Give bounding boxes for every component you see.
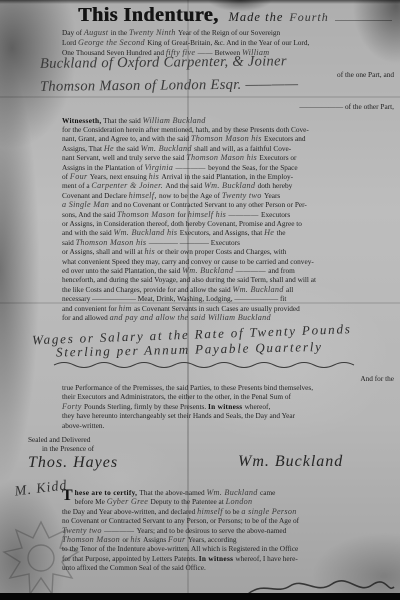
printed-text: Executors: [261, 210, 290, 219]
handwritten-text: Wm. Buckland ————: [182, 266, 268, 275]
photo-bottom-border: [0, 593, 400, 600]
printed-text: Covenant and Declare: [62, 191, 129, 200]
document-line: before Me Gyber Gree Deputy to the Paten…: [62, 497, 394, 506]
document-line: Covenant and Declare himself, now to be …: [62, 191, 394, 200]
printed-text: Year of the Reign of our Sovereign: [178, 28, 280, 37]
printed-text: That the said: [101, 116, 142, 125]
printed-text: And for the: [360, 374, 394, 383]
document-line: And for the: [62, 374, 394, 383]
document-line: or Assigns, in Consideration thereof, do…: [62, 219, 394, 228]
printed-text: true Performance of the Premisses, the s…: [62, 383, 313, 392]
printed-text: for and allowed: [62, 313, 110, 322]
document-line: ment of a Carpenter & Joiner. And the sa…: [62, 181, 394, 190]
handwritten-text: He: [264, 228, 276, 237]
printed-text: Years: [264, 191, 280, 200]
document-line: unto affixed the Common Seal of the said…: [62, 563, 394, 572]
covenant-section: Witnesseth, That the said William Buckla…: [62, 116, 394, 323]
printed-text: ———— ———— Executors: [149, 238, 240, 247]
printed-text: Years, according: [188, 535, 237, 544]
document-line: for the Consideration herein after menti…: [62, 125, 394, 134]
printed-text: no Covenant or Contracted Servant to any…: [62, 516, 299, 525]
printed-text: they have hereunto interchangeably set t…: [62, 411, 295, 420]
printed-text: as Covenant Servants in such Cases are u…: [134, 304, 300, 313]
title-block: This Indenture, Made the Fourth: [78, 4, 394, 28]
handwritten-text: August: [84, 28, 111, 37]
document-line: or Assigns, shall and will at his or the…: [62, 247, 394, 256]
handwritten-text: Thomson Mason his: [191, 134, 264, 143]
printed-text: ment of a: [62, 181, 91, 190]
handwritten-text: Wm. Buckland: [233, 285, 287, 294]
sealed-delivered-text: Sealed and Delivered: [28, 435, 238, 444]
handwritten-text: He: [104, 144, 116, 153]
handwritten-text: and pay and allow the said William Buckl…: [110, 313, 271, 322]
printed-text: and with the said: [62, 228, 113, 237]
printed-text: doth hereby: [258, 181, 293, 190]
document-line: Lord George the Second King of Great-Bri…: [62, 38, 394, 48]
certification-section: These are to certify, That the above-nam…: [62, 488, 394, 573]
handwritten-text: himself his ————: [188, 210, 261, 219]
handwritten-text: William Buckland: [143, 116, 206, 125]
document-line: necessary —————— Meat, Drink, Washing, L…: [62, 294, 394, 303]
document-line: Thomson Mason or his Assigns Four Years,…: [62, 535, 394, 544]
preamble-section: Day of August in the Twenty Ninth Year o…: [62, 28, 394, 112]
wage-section: Wages or Salary at the Rate of Twenty Po…: [62, 326, 394, 374]
printed-text: necessary —————— Meat, Drink, Washing, L…: [62, 294, 286, 303]
printed-text: That the above-named: [139, 488, 206, 497]
document-line: Day of August in the Twenty Ninth Year o…: [62, 28, 394, 38]
printed-text: Pounds Sterling, firmly by these Present…: [84, 402, 208, 411]
handwritten-text: his: [145, 247, 158, 256]
handwritten-text: George the Second: [78, 38, 147, 47]
document-line: nant, Grant, and Agree to, and with the …: [62, 134, 394, 143]
handwritten-text: Wm. Buckland: [204, 181, 258, 190]
handwritten-text: Twenty Ninth: [129, 28, 178, 37]
printed-text: the like Costs and Charges, provide for …: [62, 285, 233, 294]
handwritten-text: himself: [197, 507, 225, 516]
document-line: Assigns, That He the said Wm. Buckland s…: [62, 144, 394, 153]
printed-text: Deputy to the Patentee at: [150, 497, 225, 506]
printed-text: shall and will, as a faithful Cove-: [194, 144, 291, 153]
printed-text: ed over unto the said Plantation, the sa…: [62, 266, 182, 275]
printed-text: and no Covenant or Contracted Servant to…: [111, 200, 306, 209]
handwritten-text: a single Person: [241, 507, 296, 516]
printed-text: and convenient for: [62, 304, 119, 313]
document-line: for that Purpose, appointed by Letters P…: [62, 554, 394, 563]
printed-text: all: [286, 285, 293, 294]
document-line: said Thomson Mason his ———— ———— Executo…: [62, 238, 394, 247]
printed-text: Assigns, That: [62, 144, 104, 153]
printed-text: whereof, I have here-: [235, 554, 297, 563]
printed-text: Arrival in the said Plantation, in the E…: [161, 172, 293, 181]
handwritten-text: Wm. Buckland his: [113, 228, 179, 237]
handwritten-text: his: [130, 535, 143, 544]
document-line: no Covenant or Contracted Servant to any…: [62, 516, 394, 525]
printed-text: beyond the Seas, for the Space: [208, 163, 298, 172]
printed-text: —————— of the other Part,: [299, 102, 394, 111]
handwritten-text: a Single Man: [62, 200, 111, 209]
handwritten-text: himself,: [129, 191, 159, 200]
printed-text: to be: [225, 507, 241, 516]
printed-text: Executors or: [259, 153, 296, 162]
document-line: Buckland of Oxford Carpenter, & Joiner: [40, 56, 394, 71]
printed-text: or Assigns, in Consideration thereof, do…: [62, 219, 302, 228]
witness-column: Sealed and Delivered in the Presence of …: [28, 435, 238, 485]
document-line: ed over unto the said Plantation, the sa…: [62, 266, 394, 275]
printed-text: for the Consideration herein after menti…: [62, 125, 309, 134]
indenture-document: This Indenture, Made the Fourth Day of A…: [0, 0, 400, 600]
printed-text: what convenient Speed they may, carry an…: [62, 257, 314, 266]
title-made-text: Made the: [229, 10, 284, 25]
printed-text: whereof,: [245, 402, 271, 411]
document-line: the Day and Year above-written, and decl…: [62, 507, 394, 516]
document-line: and convenient for him as Covenant Serva…: [62, 304, 394, 313]
document-line: Assigns in the Plantation of Virginia ——…: [62, 163, 394, 172]
handwritten-text: Thomson Mason: [62, 535, 122, 544]
document-line: the like Costs and Charges, provide for …: [62, 285, 394, 294]
witness-section: Sealed and Delivered in the Presence of …: [62, 435, 394, 485]
printed-text: of: [62, 172, 70, 181]
printed-text: In witness: [208, 402, 245, 411]
printed-text: or Assigns, shall and will at: [62, 247, 145, 256]
printed-text: the Day and Year above-written, and decl…: [62, 507, 197, 516]
document-line: henceforth, and during the said Voyage, …: [62, 275, 394, 284]
document-line: Forty Pounds Sterling, firmly by these P…: [62, 402, 394, 411]
document-line: true Performance of the Premisses, the s…: [62, 383, 394, 392]
printed-text: In witness: [199, 554, 236, 563]
document-line: to the Tenor of the Indenture above-writ…: [62, 544, 394, 553]
printed-text: Years; and to be desirous to serve the a…: [137, 526, 287, 535]
document-title: This Indenture,: [78, 4, 219, 27]
document-line: a Single Man and no Covenant or Contract…: [62, 200, 394, 209]
party-signature: Wm. Buckland: [238, 452, 343, 471]
document-line: and with the said Wm. Buckland his Execu…: [62, 228, 394, 237]
handwritten-text: Thomson Mason: [117, 210, 177, 219]
handwritten-text: Thomson Mason his: [186, 153, 259, 162]
document-line: Thomson Mason of London Esqr. ————: [40, 78, 394, 93]
document-line: of Four Years, next ensuing his Arrival …: [62, 172, 394, 181]
printed-text: or their own proper Costs and Charges, w…: [157, 247, 286, 256]
handwritten-day: Fourth: [289, 10, 328, 25]
presence-text: in the Presence of: [42, 444, 238, 453]
handwritten-text: Thomson Mason his: [76, 238, 149, 247]
printed-text: now to be the Age of: [159, 191, 222, 200]
printed-text: and from: [268, 266, 295, 275]
document-line: nant Servant, well and truly serve the s…: [62, 153, 394, 162]
handwritten-text: Buckland of Oxford Carpenter, & Joiner: [40, 54, 287, 73]
pen-flourish: [52, 360, 362, 369]
handwritten-text: Four: [168, 535, 188, 544]
handwritten-text: Virginia ————: [145, 163, 209, 172]
document-line: they have hereunto interchangeably set t…: [62, 411, 394, 420]
printed-text: Assigns: [143, 535, 168, 544]
printed-text: Day of: [62, 28, 84, 37]
document-line: Twenty two ———— Years; and to be desirou…: [62, 526, 394, 535]
document-line: their Executors and Administrators, the …: [62, 392, 394, 401]
printed-text: said: [62, 238, 76, 247]
handwritten-text: his: [149, 172, 162, 181]
printed-text: before Me: [75, 497, 107, 506]
printed-text: Executors and: [264, 134, 306, 143]
document-line: above-written.: [62, 421, 394, 430]
document-line: sons, And the said Thomson Mason for him…: [62, 210, 394, 219]
printed-text: Years, next ensuing: [90, 172, 149, 181]
handwritten-text: Forty: [62, 402, 84, 411]
printed-text: for that Purpose, appointed by Letters P…: [62, 554, 199, 563]
printed-text: the: [277, 228, 286, 237]
handwritten-text: London: [226, 497, 253, 506]
printed-text: sons, And the said: [62, 210, 117, 219]
handwritten-text: Wm. Buckland: [141, 144, 195, 153]
handwritten-text: Carpenter & Joiner.: [91, 181, 165, 190]
printed-text: above-written.: [62, 421, 104, 430]
printed-text: And the said: [165, 181, 204, 190]
handwritten-text: Twenty two ————: [62, 526, 137, 535]
printed-text: for: [177, 210, 187, 219]
handwritten-text: him: [119, 304, 134, 313]
document-line: These are to certify, That the above-nam…: [62, 488, 394, 497]
document-line: Witnesseth, That the said William Buckla…: [62, 116, 394, 125]
printed-text: King of Great-Britain, &c. And in the Ye…: [147, 38, 309, 47]
handwritten-text: Twenty two: [222, 191, 264, 200]
document-line: —————— of the other Part,: [62, 102, 394, 112]
handwritten-text: Gyber Gree: [107, 497, 151, 506]
handwritten-text: Thomson Mason of London Esqr. ————: [40, 76, 299, 95]
party-signature-column: Wm. Buckland: [238, 435, 343, 485]
printed-text: to the Tenor of the Indenture above-writ…: [62, 544, 298, 553]
printed-text: unto affixed the Common Seal of the said…: [62, 563, 206, 572]
printed-text: nant, Grant, and Agree to, and with the …: [62, 134, 191, 143]
printed-text: henceforth, and during the said Voyage, …: [62, 275, 316, 284]
printed-text: their Executors and Administrators, the …: [62, 392, 291, 401]
printed-text: Lord: [62, 38, 78, 47]
printed-text: came: [260, 488, 275, 497]
printed-text: Assigns in the Plantation of: [62, 163, 145, 172]
printed-text: Witnesseth,: [62, 116, 101, 125]
closing-section: And for thetrue Performance of the Premi…: [62, 374, 394, 430]
printed-text: the said: [116, 144, 140, 153]
printed-text: nant Servant, well and truly serve the s…: [62, 153, 186, 162]
handwritten-text: Four: [70, 172, 90, 181]
document-line: what convenient Speed they may, carry an…: [62, 257, 394, 266]
blank-rule-line: [335, 19, 392, 21]
handwritten-text: Wm. Buckland: [206, 488, 260, 497]
printed-text: in the: [111, 28, 129, 37]
printed-text: Executors, and Assigns, that: [180, 228, 264, 237]
